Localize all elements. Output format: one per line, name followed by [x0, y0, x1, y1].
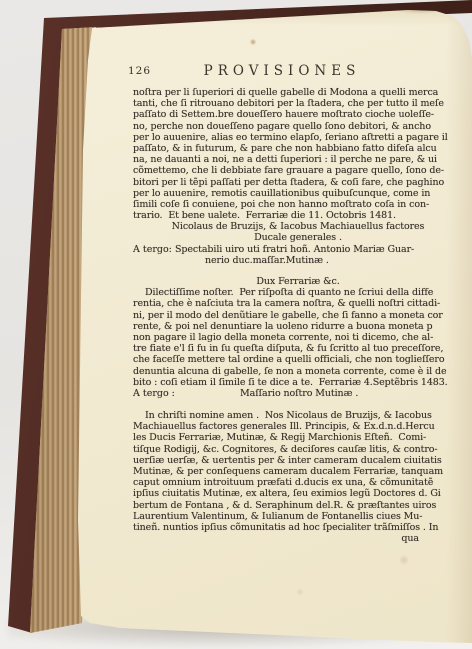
- section-para1: noſtra per li ſuperiori di quelle gabell…: [133, 87, 463, 221]
- text-line: paſſato di Settem.bre doueſſero hauere m…: [133, 109, 463, 120]
- a-tergo-label: A tergo :: [133, 388, 175, 399]
- text-line: tiſque Rodigij, &c. Cognitores, & deciſo…: [133, 444, 463, 455]
- text-line: qua: [133, 533, 419, 544]
- text-line: uerſiæ uerſæ, & uertentis per & inter ca…: [133, 455, 463, 466]
- page-header: 126 PROVISIONES: [133, 63, 463, 78]
- text-line: caput omnium introituum præfati d.ducis …: [133, 477, 463, 488]
- text-line: per lo auuenire, alias eo termino elapſo…: [133, 132, 463, 143]
- text-line: tanti, che ſi ritrouano debitori per la …: [133, 98, 463, 109]
- text-line: tre fiate e'l ſi fu in ſu queſta diſputa…: [133, 343, 463, 354]
- running-title: PROVISIONES: [117, 63, 447, 79]
- text-line: Nicolaus de Bruzijs, & Iacobus Machiauel…: [133, 221, 463, 232]
- text-line: Maſſario noſtro Mutinæ .: [240, 388, 463, 399]
- text-line: Dilectiſſime noſter. Per riſpoſta di qua…: [133, 287, 463, 298]
- a-tergo-label: A tergo:: [133, 244, 175, 255]
- text-line: noſtra per li ſuperiori di quelle gabell…: [133, 87, 463, 98]
- text-line: ni, per il modo del denũtiare le gabelle…: [133, 310, 463, 321]
- text-line: paſſato, & in futurum, & pare che non ha…: [133, 143, 463, 154]
- text-line: Dux Ferrariæ &c.: [133, 276, 463, 287]
- text-line: Laurentium Valentinum, & Iulianum de Fon…: [133, 511, 463, 522]
- text-line: per lo auuenire, remotis cauillationibus…: [133, 188, 463, 199]
- text-line: na, ne dauanti a noi, ne a detti ſuperio…: [133, 154, 463, 165]
- text-line: Machiauellus factores generales Ill. Pri…: [133, 421, 463, 432]
- text-line: les Ducis Ferrariæ, Mutinæ, & Regij Marc…: [133, 432, 463, 443]
- text-block: 126 PROVISIONES noſtra per li ſuperiori …: [133, 63, 463, 544]
- text-line: che faceſſe mettere tal ordine a quelli …: [133, 354, 463, 365]
- text-line: bertum de Fontana , & d. Seraphinum del.…: [133, 500, 463, 511]
- text-line: Spectabili uiro uti fratri hoñ. Antonio …: [175, 244, 463, 255]
- text-line: non pagare il lagio della moneta corrent…: [133, 332, 463, 343]
- a-tergo-content: Spectabili uiro uti fratri hoñ. Antonio …: [175, 244, 463, 266]
- section-catchword: qua: [133, 533, 463, 544]
- text-line: In chriſti nomine amen . Nos Nicolaus de…: [133, 410, 463, 421]
- section-para2: Dilectiſſime noſter. Per riſpoſta di qua…: [133, 287, 463, 388]
- text-line: rentia, che è naſciuta tra la camera noſ…: [133, 298, 463, 309]
- text-line: rente, & poi nel denuntiare la uoleno ri…: [133, 321, 463, 332]
- section-atergo2: A tergo :Maſſario noſtro Mutinæ .: [133, 388, 463, 399]
- a-tergo-content: Maſſario noſtro Mutinæ .: [175, 388, 463, 399]
- text-line: trario. Et bene ualete. Ferrariæ die 11.…: [133, 210, 463, 221]
- body-sections: noſtra per li ſuperiori di quelle gabell…: [133, 87, 463, 544]
- text-line: no, perche non doueſſeno pagare quello ſ…: [133, 121, 463, 132]
- section-atergo1: A tergo:Spectabili uiro uti fratri hoñ. …: [133, 244, 463, 266]
- text-line: cõmettemo, che li debbiate fare grauare …: [133, 165, 463, 176]
- text-line: denuntia alcuna di gabelle, ſe non a mon…: [133, 366, 463, 377]
- text-line: Ducale generales .: [133, 232, 463, 243]
- text-line: bito : coſi etiam il ſimile ſi te dice a…: [133, 377, 463, 388]
- text-line: nerio duc.maſſar.Mutinæ .: [205, 255, 463, 266]
- text-line: tineñ. nuntios ipſius cõmunitatis ad hoc…: [133, 522, 463, 533]
- section-para3: In chriſti nomine amen . Nos Nicolaus de…: [133, 410, 463, 533]
- section-heading1: Dux Ferrariæ &c.: [133, 276, 463, 287]
- text-line: Mutinæ, & per conſequens cameram ducalem…: [133, 466, 463, 477]
- text-line: bitori per li tẽpi paſſati per detta ſta…: [133, 177, 463, 188]
- text-line: ſimili coſe ſi conuiene, poi che non han…: [133, 199, 463, 210]
- text-line: ipſius ciuitatis Mutinæ, ex altera, ſeu …: [133, 488, 463, 499]
- section-signature1: Nicolaus de Bruzijs, & Iacobus Machiauel…: [133, 221, 463, 243]
